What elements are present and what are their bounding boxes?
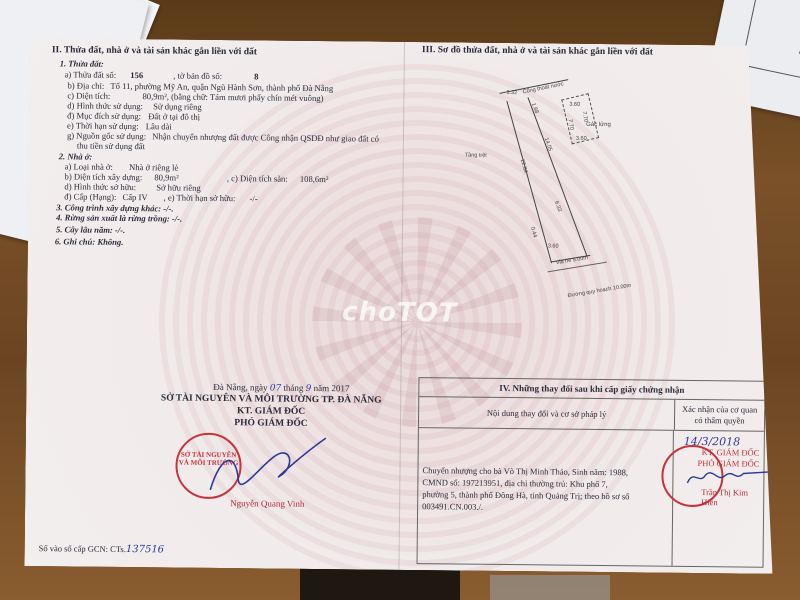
dim-bottom: 3.60 <box>548 243 559 249</box>
change-content: Chuyển nhượng cho bà Võ Thị Minh Thảo, S… <box>418 428 674 566</box>
signer-name: Nguyễn Quang Vinh <box>230 498 304 509</box>
confirmation-cell: 14/3/2018 KT. GIÁM ĐỐC PHÓ GIÁM ĐỐC Trần… <box>673 431 764 567</box>
date-month: 9 <box>306 384 312 394</box>
date-prefix: Đà Nẵng, ngày <box>213 382 267 393</box>
dim-left-side: 22.84 <box>519 159 528 174</box>
background-paper-box <box>741 0 800 84</box>
label-mezzanine: Gác lửng <box>586 122 611 128</box>
floor-reflection <box>490 575 610 600</box>
dim-top-left: 3.32 <box>506 90 517 96</box>
registry-value: 137516 <box>126 544 164 555</box>
dim-top-right-side: 1.68 <box>530 102 539 114</box>
col-confirmation-line2: có thẩm quyền <box>675 415 764 427</box>
changes-table-row: Chuyển nhượng cho bà Võ Thị Minh Thảo, S… <box>418 428 764 567</box>
sketch-edge-left <box>506 101 552 263</box>
col-confirmation-line1: Xác nhận của cơ quan <box>675 404 764 416</box>
change-line: 003491.CN.003./. <box>422 500 668 515</box>
changes-table: IV. Những thay đổi sau khi cấp giấy chứn… <box>417 377 766 568</box>
changes-table-header: Nội dung thay đổi và cơ sở pháp lý Xác n… <box>419 397 764 432</box>
label-planned-road: Đường quy hoạch 10.00m <box>567 283 631 299</box>
dim-right-lower: 6.33 <box>553 200 562 212</box>
label-ground-floor: Tầng trệt <box>465 153 487 159</box>
signature-hien <box>683 465 773 490</box>
date-year: năm 2017 <box>314 383 350 393</box>
dim-mezz-top: 3.60 <box>569 102 580 108</box>
confirm-signer: Trần Thị Kim Hiền <box>701 487 763 508</box>
signature-vinh <box>200 435 331 506</box>
dim-bottom-left: 0.44 <box>529 226 538 238</box>
col-change-content: Nội dung thay đổi và cơ sở pháp lý <box>419 397 675 430</box>
col-confirmation: Xác nhận của cơ quan có thẩm quyền <box>675 400 764 431</box>
land-use-certificate: choTOT II. Thửa đất, nhà ở và tài sản kh… <box>24 38 777 574</box>
registry-label: Số vào sổ cấp GCN: CTs. <box>39 543 126 554</box>
month-label: tháng <box>283 383 303 393</box>
date-day: 07 <box>270 384 282 394</box>
registry-number: Số vào sổ cấp GCN: CTs.137516 <box>39 543 165 555</box>
dim-right-side: 14.05 <box>543 137 553 152</box>
dim-mezz-bottom: 3.60 <box>576 136 587 142</box>
